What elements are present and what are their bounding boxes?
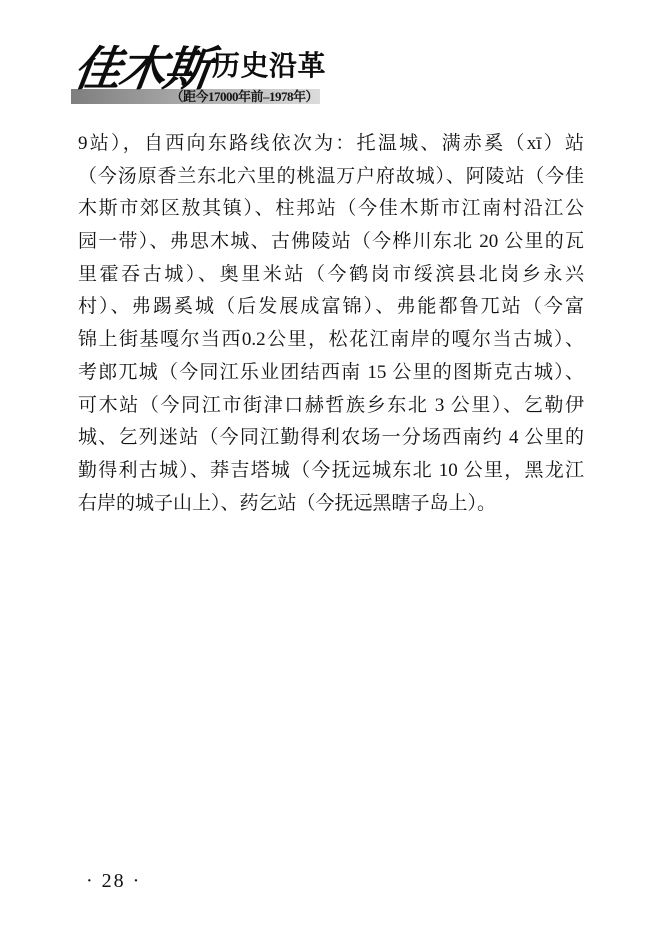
text-line: 村）、弗踢奚城（后发展成富锦）、弗能都鲁兀站（今富 bbox=[78, 291, 584, 324]
text-line: 右岸的城子山上）、药乞站（今抚远黑瞎子岛上）。 bbox=[78, 488, 584, 521]
text-line: 可木站（今同江市街津口赫哲族乡东北 3 公里）、乞勒伊 bbox=[78, 390, 584, 423]
text-line: 城、乞列迷站（今同江勤得利农场一分场西南约 4 公里的 bbox=[78, 422, 584, 455]
book-title-logo: 佳木斯 历史沿革 bbox=[74, 46, 326, 94]
text-line: 锦上街基嘎尔当西0.2公里，松花江南岸的嘎尔当古城）、 bbox=[78, 324, 584, 357]
text-line: 勤得利古城）、莽吉塔城（今抚远城东北 10 公里，黑龙江 bbox=[78, 455, 584, 488]
text-line: 考郎兀城（今同江乐业团结西南 15 公里的图斯克古城）、 bbox=[78, 357, 584, 390]
text-line: 里霍吞古城）、奥里米站（今鹤岗市绥滨县北岗乡永兴 bbox=[78, 259, 584, 292]
book-page: （距今17000年前–1978年） 佳木斯 历史沿革 9站），自西向东路线依次为… bbox=[0, 0, 661, 945]
text-line: （今汤原香兰东北六里的桃温万户府故城）、阿陵站（今佳 bbox=[78, 161, 584, 194]
page-number: · 28 · bbox=[86, 870, 141, 893]
logo-calligraphy-text: 佳木斯 bbox=[71, 46, 213, 94]
logo-title-text: 历史沿革 bbox=[212, 51, 326, 81]
body-paragraph: 9站），自西向东路线依次为：托温城、满赤奚（xī）站 （今汤原香兰东北六里的桃温… bbox=[78, 128, 584, 520]
text-line: 9站），自西向东路线依次为：托温城、满赤奚（xī）站 bbox=[78, 128, 584, 161]
text-line: 木斯市郊区敖其镇）、柱邦站（今佳木斯市江南村沿江公 bbox=[78, 193, 584, 226]
text-line: 园一带）、弗思木城、古佛陵站（今桦川东北 20 公里的瓦 bbox=[78, 226, 584, 259]
